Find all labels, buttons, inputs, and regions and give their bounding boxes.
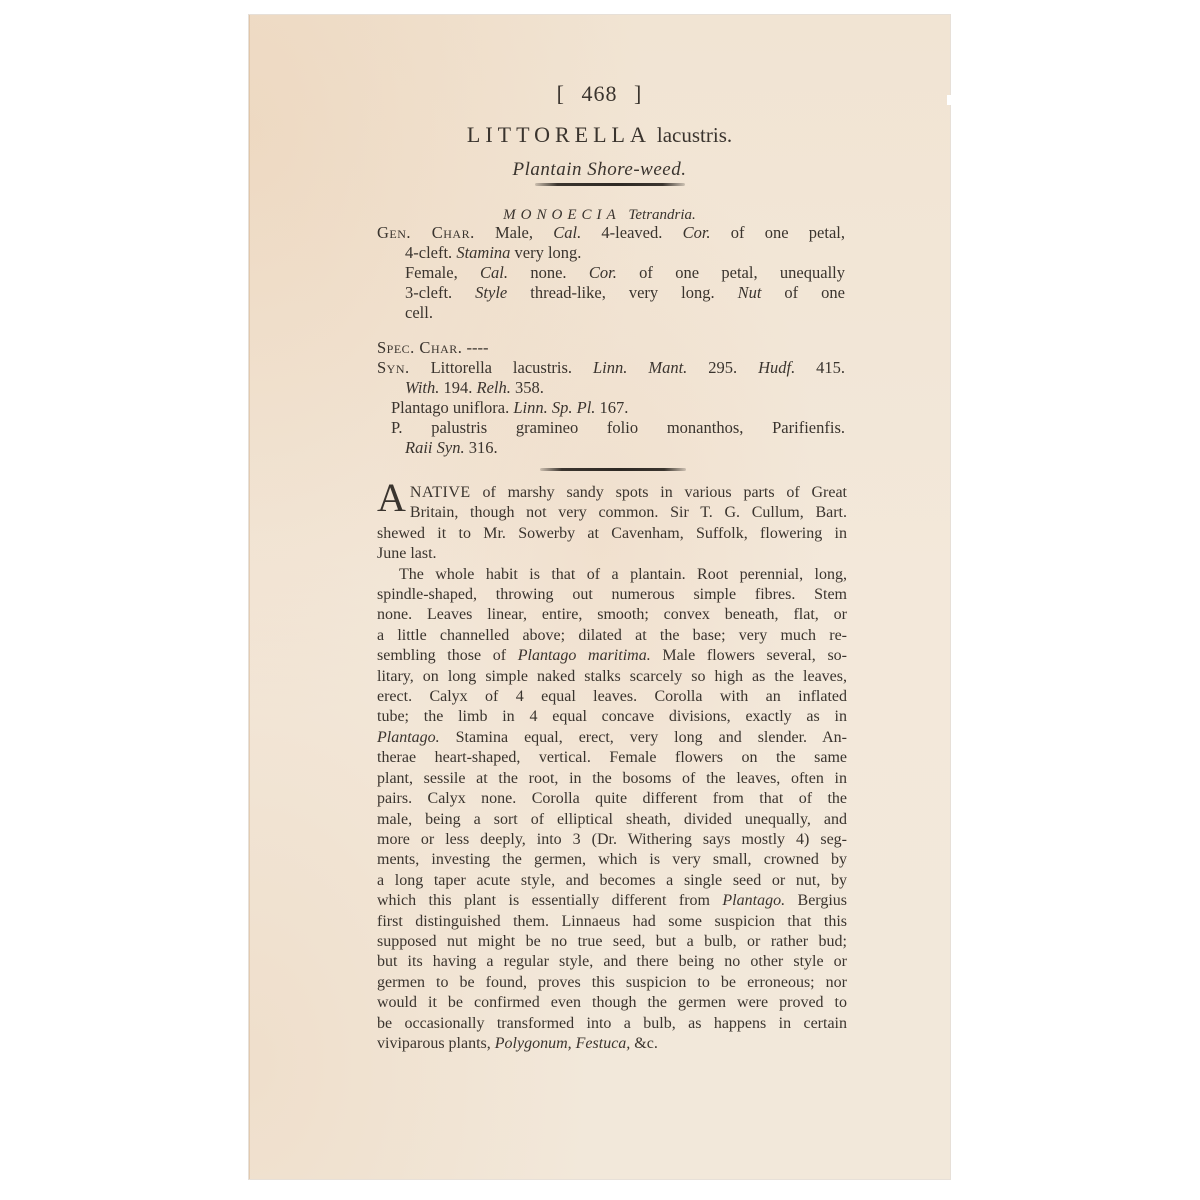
body-line: first distinguished them. Linnaeus had s…	[377, 912, 847, 932]
body-line: supposed nut might be no true seed, but …	[377, 932, 847, 952]
page-number: [ 468 ]	[249, 81, 950, 107]
body-line: but its having a regular style, and ther…	[377, 952, 847, 972]
synonym-line: P. palustris gramineo folio monanthos, P…	[377, 418, 845, 438]
description-body: A NATIVE of marshy sandy spots in variou…	[377, 483, 847, 1054]
body-line: tube; the limb in 4 equal concave divisi…	[377, 707, 847, 727]
body-line: a long taper acute style, and becomes a …	[377, 871, 847, 891]
body-line: ments, investing the germen, which is ve…	[377, 850, 847, 870]
body-line: pairs. Calyx none. Corolla quite differe…	[377, 789, 847, 809]
class-name: MONOECIA	[503, 207, 621, 223]
spec-char-label: Spec. Char.	[377, 338, 462, 357]
synonym-line: Syn. Littorella lacustris. Linn. Mant. 2…	[377, 358, 845, 378]
body-line: male, being a sort of elliptical sheath,…	[377, 810, 847, 830]
synonyms: Syn. Littorella lacustris. Linn. Mant. 2…	[377, 358, 845, 458]
body-line: shewed it to Mr. Sowerby at Cavenham, Su…	[377, 524, 847, 544]
body-line: a little channelled above; dilated at th…	[377, 626, 847, 646]
gen-char-line: 3-cleft. Style thread-like, very long. N…	[377, 283, 845, 303]
gen-char-line: Gen. Char. Male, Cal. 4-leaved. Cor. of …	[377, 223, 845, 243]
body-line: none. Leaves linear, entire, smooth; con…	[377, 605, 847, 625]
body-line: more or less deeply, into 3 (Dr. Witheri…	[377, 830, 847, 850]
gen-char-label: Gen. Char.	[377, 223, 475, 242]
body-line: Plantago. Stamina equal, erect, very lon…	[377, 728, 847, 748]
order-name: Tetrandria.	[628, 207, 695, 223]
body-line: which this plant is essentially differen…	[377, 891, 847, 911]
body-line: germen to be found, proves this suspicio…	[377, 973, 847, 993]
classification: MONOECIA Tetrandria.	[249, 207, 950, 224]
synonym-line: Plantago uniflora. Linn. Sp. Pl. 167.	[377, 398, 845, 418]
specific-character: Spec. Char. ----	[377, 338, 845, 358]
book-page: [ 468 ] LITTORELLAlacustris. Plantain Sh…	[249, 15, 950, 1179]
body-line: erect. Calyx of 4 equal leaves. Corolla …	[377, 687, 847, 707]
body-line: therae heart-shaped, vertical. Female fl…	[377, 748, 847, 768]
genus-name: LITTORELLA	[467, 122, 651, 147]
common-name: Plantain Shore-weed.	[249, 159, 950, 181]
species-name: lacustris.	[657, 123, 732, 147]
body-line: spindle-shaped, throwing out numerous si…	[377, 585, 847, 605]
spec-char-value: ----	[467, 338, 489, 357]
body-line: June last.	[377, 544, 847, 564]
generic-character: Gen. Char. Male, Cal. 4-leaved. Cor. of …	[377, 223, 845, 323]
section-divider	[540, 468, 686, 471]
gen-char-line: cell.	[377, 303, 845, 323]
body-line: NATIVE of marshy sandy spots in various …	[377, 483, 847, 503]
section-divider	[535, 183, 685, 186]
body-line: would it be confirmed even though the ge…	[377, 993, 847, 1013]
syn-label: Syn.	[377, 358, 410, 377]
body-line: sembling those of Plantago maritima. Mal…	[377, 646, 847, 666]
drop-cap: A	[377, 483, 406, 513]
synonym-line: Raii Syn. 316.	[377, 438, 845, 458]
synonym-line: With. 194. Relh. 358.	[377, 378, 845, 398]
body-line: litary, on long simple naked stalks scar…	[377, 667, 847, 687]
description-lines: NATIVE of marshy sandy spots in various …	[377, 483, 847, 1054]
gen-char-line: 4-cleft. Stamina very long.	[377, 243, 845, 263]
gen-char-line: Female, Cal. none. Cor. of one petal, un…	[377, 263, 845, 283]
body-line: viviparous plants, Polygonum, Festuca, &…	[377, 1034, 847, 1054]
body-line: Britain, though not very common. Sir T. …	[377, 503, 847, 523]
body-line: plant, sessile at the root, in the bosom…	[377, 769, 847, 789]
body-line: be occasionally transformed into a bulb,…	[377, 1014, 847, 1034]
species-title: LITTORELLAlacustris.	[249, 122, 950, 148]
body-line: The whole habit is that of a plantain. R…	[377, 565, 847, 585]
